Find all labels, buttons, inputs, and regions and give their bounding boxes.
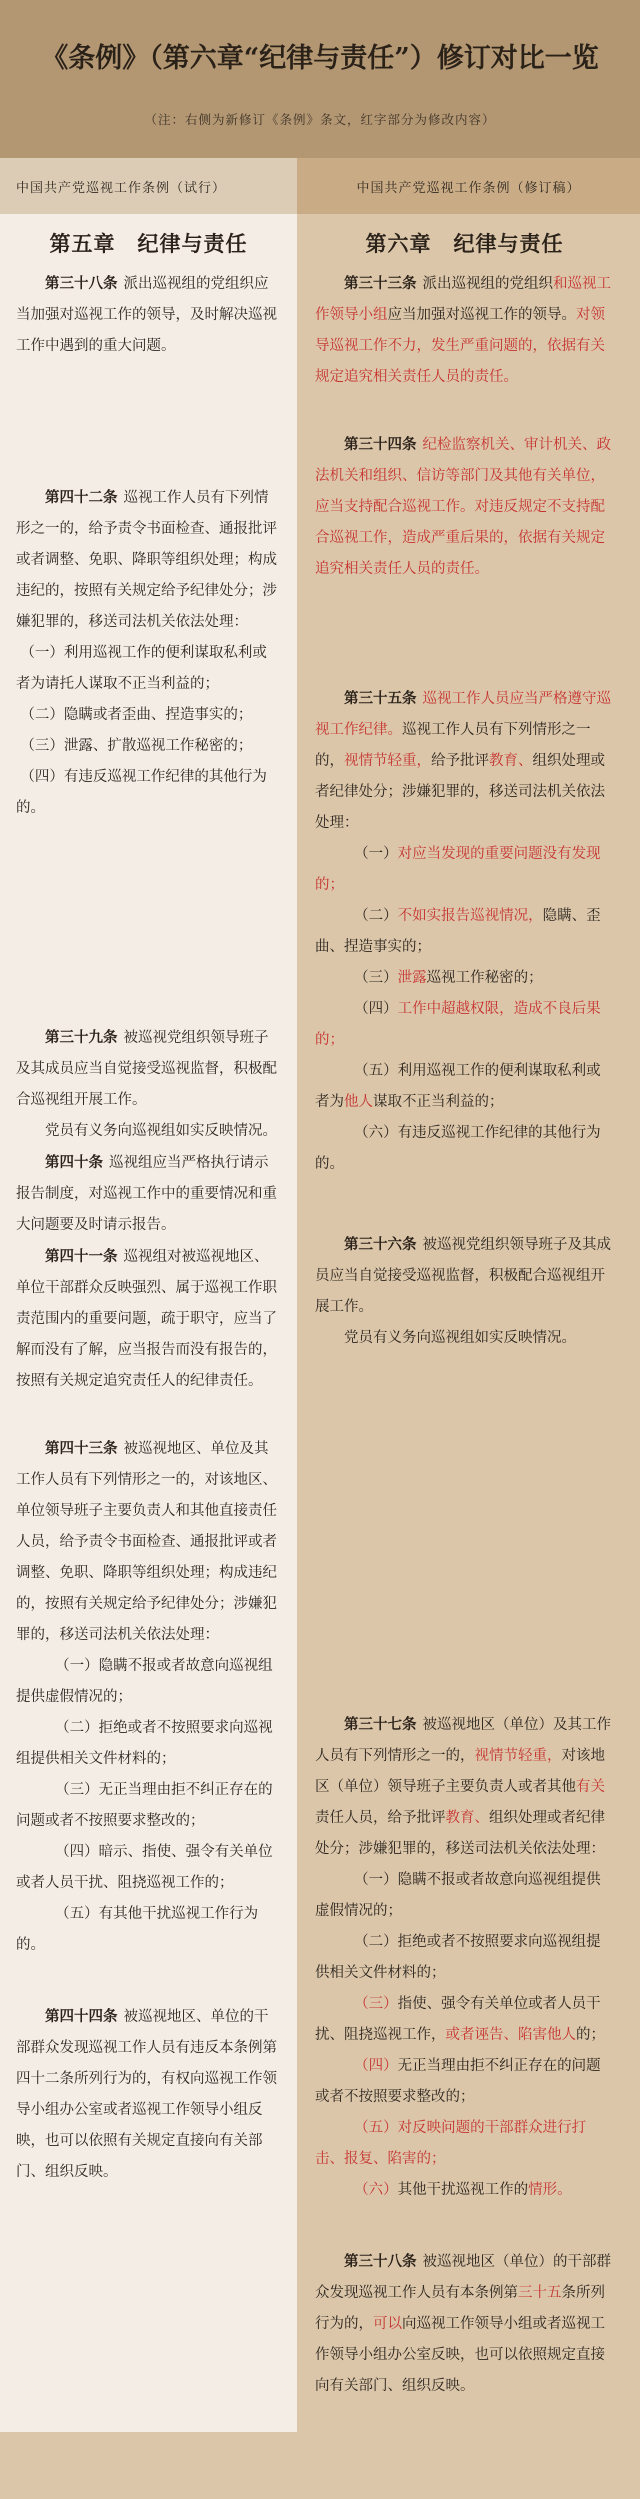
left-article-44: 第四十四条被巡视地区、单位的干部群众发现巡视工作人员有违反本条例第四十二条所列行…	[16, 2001, 281, 2218]
text-unchanged: 的；	[576, 2027, 605, 2043]
article-number: 第四十四条	[45, 2008, 118, 2025]
text-changed: （四）	[354, 2058, 398, 2074]
text-changed: 情形。	[528, 2182, 572, 2198]
text-changed: 或者诬告、陷害他人	[446, 2027, 577, 2043]
text-changed: 可以	[373, 2316, 402, 2332]
list-item: （四）无正当理由拒不纠正存在的问题或者不按照要求整改的；	[315, 2051, 614, 2113]
right-article-37: 第三十七条被巡视地区（单位）及其工作人员有下列情形之一的，视情节轻重，对该地区（…	[315, 1709, 614, 2206]
list-item: （一）隐瞒不报或者故意向巡视组提供虚假情况的；	[16, 1651, 281, 1713]
article-number: 第三十六条	[344, 1236, 417, 1253]
list-item: （二）隐瞒或者歪曲、捏造事实的；	[16, 700, 281, 731]
item-label: （二）	[354, 908, 398, 924]
article-number: 第三十四条	[344, 436, 417, 453]
list-item: （六）有违反巡视工作纪律的其他行为的。	[315, 1118, 614, 1180]
right-article-35: 第三十五条巡视工作人员应当严格遵守巡视工作纪律。巡视工作人员有下列情形之一的，视…	[315, 683, 614, 1229]
list-item: （一）隐瞒不报或者故意向巡视组提供虚假情况的；	[315, 1865, 614, 1927]
text-changed: （六）	[354, 2182, 398, 2198]
right-chapter-title: 第六章 纪律与责任	[315, 228, 614, 258]
article-paragraph: 党员有义务向巡视组如实反映情况。	[315, 1323, 614, 1354]
right-article-36: 第三十六条被巡视党组织领导班子及其成员应当自觉接受巡视监督，积极配合巡视组开展工…	[315, 1229, 614, 1709]
right-column-title: 中国共产党巡视工作条例（修订稿）	[297, 158, 640, 214]
article-number: 第四十三条	[45, 1440, 118, 1457]
page-header: 《条例》（第六章“纪律与责任”）修订对比一览 （注：右侧为新修订《条例》条文，红…	[0, 0, 640, 158]
text-changed: 泄露	[398, 970, 427, 986]
list-item: （四）暗示、指使、强令有关单位或者人员干扰、阻挠巡视工作的；	[16, 1837, 281, 1899]
text-changed: 有关	[576, 1779, 605, 1795]
left-column-title: 中国共产党巡视工作条例（试行）	[0, 158, 297, 214]
text-changed: 他人	[344, 1094, 373, 1110]
left-article-38: 第三十八条派出巡视组的党组织应当加强对巡视工作的领导，及时解决巡视工作中遇到的重…	[16, 268, 281, 482]
left-article-42: 第四十二条巡视工作人员有下列情形之一的，给予责令书面检查、通报批评或者调整、免职…	[16, 482, 281, 1022]
comparison-body: 第五章 纪律与责任 第三十八条派出巡视组的党组织应当加强对巡视工作的领导，及时解…	[0, 214, 640, 2432]
list-item: （三）泄露巡视工作秘密的；	[315, 963, 614, 994]
article-number: 第三十五条	[344, 690, 417, 707]
text-unchanged: 给予批评	[431, 753, 489, 769]
left-article-40: 第四十条巡视组应当严格执行请示报告制度，对巡视工作中的重要情况和重大问题要及时请…	[16, 1147, 281, 1241]
article-text: 被巡视地区、单位及其工作人员有下列情形之一的，对该地区、单位领导班子主要负责人和…	[16, 1441, 277, 1643]
list-item: （二）拒绝或者不按照要求向巡视组提供相关文件材料的；	[315, 1927, 614, 1989]
article-number: 第三十八条	[45, 275, 118, 292]
list-item: （二）拒绝或者不按照要求向巡视组提供相关文件材料的；	[16, 1713, 281, 1775]
item-label: （三）	[354, 970, 398, 986]
article-number: 第三十七条	[344, 1716, 417, 1733]
list-item: （三）无正当理由拒不纠正存在的问题或者不按照要求整改的；	[16, 1775, 281, 1837]
list-item: （三）指使、强令有关单位或者人员干扰、阻挠巡视工作，或者诬告、陷害他人的；	[315, 1989, 614, 2051]
list-item: （五）有其他干扰巡视工作行为的。	[16, 1899, 281, 1961]
column-headers: 中国共产党巡视工作条例（试行） 中国共产党巡视工作条例（修订稿）	[0, 158, 640, 214]
list-item: （六）其他干扰巡视工作的情形。	[315, 2175, 614, 2206]
text-unchanged: 派出巡视组的党组织	[423, 276, 554, 292]
article-paragraph: 党员有义务向巡视组如实反映情况。	[16, 1116, 281, 1147]
text-changed: 纪检监察机关、审计机关、政法机关和组织、信访等部门及其他有关单位，应当支持配合巡…	[315, 437, 611, 577]
text-changed: 视情节轻重，	[475, 1748, 562, 1764]
list-item: （三）泄露、扩散巡视工作秘密的；	[16, 731, 281, 762]
left-article-41: 第四十一条巡视组对被巡视地区、单位干部群众反映强烈、属于巡视工作职责范围内的重要…	[16, 1241, 281, 1397]
article-number: 第四十一条	[45, 1248, 118, 1265]
list-item: （一）对应当发现的重要问题没有发现的；	[315, 839, 614, 901]
list-item: （四）工作中超越权限，造成不良后果的；	[315, 994, 614, 1056]
text-unchanged: 应当加强对巡视工作的领导。	[388, 307, 577, 323]
text-unchanged: 谋取不正当利益的；	[373, 1094, 504, 1110]
article-number: 第三十三条	[344, 275, 417, 292]
left-article-43: 第四十三条被巡视地区、单位及其工作人员有下列情形之一的，对该地区、单位领导班子主…	[16, 1433, 281, 1961]
left-column: 第五章 纪律与责任 第三十八条派出巡视组的党组织应当加强对巡视工作的领导，及时解…	[0, 214, 297, 2432]
text-unchanged: 巡视工作秘密的；	[427, 970, 543, 986]
article-text: 被巡视地区、单位的干部群众发现巡视工作人员有违反本条例第四十二条所列行为的，有权…	[16, 2009, 277, 2180]
article-text: 巡视工作人员有下列情形之一的，给予责令书面检查、通报批评或者调整、免职、降职等组…	[16, 490, 277, 630]
text-changed: 教育、	[446, 1810, 490, 1826]
text-changed: 教育、	[489, 753, 533, 769]
article-number: 第三十八条	[344, 2253, 417, 2270]
text-changed: 不如实报告巡视情况，	[398, 908, 543, 924]
left-chapter-title: 第五章 纪律与责任	[16, 228, 281, 258]
text-changed: （三）	[354, 1996, 398, 2012]
list-item: （二）不如实报告巡视情况，隐瞒、歪曲、捏造事实的；	[315, 901, 614, 963]
article-text: 巡视组对被巡视地区、单位干部群众反映强烈、属于巡视工作职责范围内的重要问题，疏于…	[16, 1249, 277, 1389]
article-number: 第三十九条	[45, 1029, 118, 1046]
list-item: （四）有违反巡视工作纪律的其他行为的。	[16, 762, 281, 824]
article-number: 第四十条	[45, 1154, 103, 1171]
list-item: （五）利用巡视工作的便利谋取私利或者为他人谋取不正当利益的；	[315, 1056, 614, 1118]
item-label: （四）	[354, 1001, 398, 1017]
right-article-33: 第三十三条派出巡视组的党组织和巡视工作领导小组应当加强对巡视工作的领导。对领导巡…	[315, 268, 614, 393]
right-article-34: 第三十四条纪检监察机关、审计机关、政法机关和组织、信访等部门及其他有关单位，应当…	[315, 429, 614, 683]
article-number: 第四十二条	[45, 489, 118, 506]
page-note: （注：右侧为新修订《条例》条文，红字部分为修改内容）	[0, 110, 640, 128]
text-unchanged: 其他干扰巡视工作的	[398, 2182, 529, 2198]
text-changed: 视情节轻重，	[344, 753, 431, 769]
list-item: （一）利用巡视工作的便利谋取私利或者为请托人谋取不正当利益的；	[16, 638, 281, 700]
list-item: （五）对反映问题的干部群众进行打击、报复、陷害的；	[315, 2113, 614, 2175]
text-unchanged: 责任人员，给予批评	[315, 1810, 446, 1826]
right-article-38: 第三十八条被巡视地区（单位）的干部群众发现巡视工作人员有本条例第三十五条所列行为…	[315, 2246, 614, 2432]
right-column: 第六章 纪律与责任 第三十三条派出巡视组的党组织和巡视工作领导小组应当加强对巡视…	[297, 214, 640, 2432]
text-changed: 三十五	[518, 2285, 562, 2301]
page-title: 《条例》（第六章“纪律与责任”）修订对比一览	[0, 36, 640, 75]
item-label: （一）	[354, 846, 398, 862]
left-article-39: 第三十九条被巡视党组织领导班子及其成员应当自觉接受巡视监督，积极配合巡视组开展工…	[16, 1022, 281, 1147]
